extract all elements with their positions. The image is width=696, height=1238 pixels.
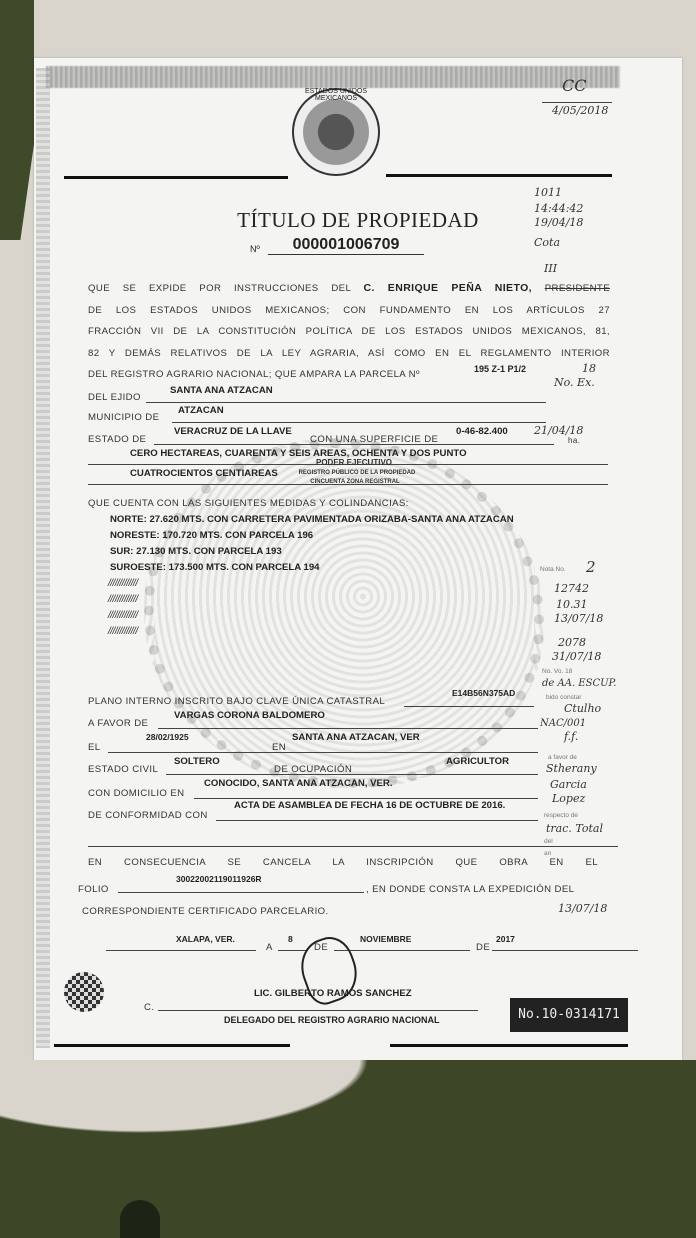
field-underline — [216, 820, 538, 821]
field-underline — [158, 728, 538, 729]
certificate-text: CORRESPONDIENTE CERTIFICADO PARCELARIO. — [82, 906, 329, 917]
mexican-coat-of-arms-icon: ESTADOS UNIDOS MEXICANOS — [292, 88, 380, 176]
field-underline — [278, 950, 308, 951]
issue-place: XALAPA, VER. — [176, 934, 235, 944]
field-underline — [88, 846, 618, 847]
cancelation-line: EN CONSECUENCIA SE CANCELA LA INSCRIPCIÓ… — [88, 852, 598, 874]
boundary-southwest: SUROESTE: 173.500 MTS. CON PARCELA 194 — [110, 562, 320, 573]
body-line-1: QUE SE EXPIDE POR INSTRUCCIONES DEL C. E… — [88, 278, 610, 300]
stamp-line-1: PODER EJECUTIVO — [294, 458, 414, 467]
occupation-label: DE OCUPACIÓN — [274, 764, 352, 775]
a-label: A — [266, 942, 273, 953]
filler-slashes: ///////////// — [108, 626, 138, 637]
folio-label: FOLIO — [78, 884, 109, 895]
birth-date: 28/02/1925 — [146, 732, 189, 742]
registry-annotation: No. Ex. — [554, 376, 595, 389]
superficie-unit: ha. — [568, 436, 580, 445]
document-title: TÍTULO DE PROPIEDAD — [34, 208, 682, 233]
nota-value: 2 — [586, 558, 596, 576]
conformity-label: DE CONFORMIDAD CON — [88, 810, 208, 821]
birthplace-label: EN — [272, 742, 286, 753]
registry-annotation: III — [544, 262, 557, 275]
property-title-document: ESTADOS UNIDOS MEXICANOS CC 4/05/2018 TÍ… — [34, 58, 682, 1060]
boundary-northeast: NORESTE: 170.720 MTS. CON PARCELA 196 — [110, 530, 313, 541]
nota-line: 31/07/18 — [552, 650, 601, 663]
domicile-value: CONOCIDO, SANTA ANA ATZACAN, VER. — [204, 778, 393, 789]
nota-line: 2078 — [558, 636, 586, 649]
registry-annotation: 19/04/18 — [534, 216, 583, 229]
ejido-label: DEL EJIDO — [88, 392, 141, 403]
field-underline — [492, 950, 638, 951]
signer-role: DELEGADO DEL REGISTRO AGRARIO NACIONAL — [224, 1015, 484, 1025]
decorative-border-top — [46, 66, 620, 88]
nota-line: 12742 — [554, 582, 589, 595]
number-label: Nº — [250, 244, 260, 254]
nota-line: trac. Total — [546, 822, 603, 835]
nota-line: bido constar — [546, 694, 581, 701]
birth-label: EL — [88, 742, 101, 753]
field-underline — [118, 892, 364, 893]
nota-line: del — [544, 838, 553, 845]
background-object — [120, 1200, 160, 1238]
titular-name: VARGAS CORONA BALDOMERO — [174, 710, 325, 721]
annotation-cc: CC — [562, 76, 586, 95]
field-underline — [108, 752, 538, 753]
field-underline — [172, 422, 546, 423]
field-underline — [146, 402, 546, 403]
nota-line: de AA. ESCUP. — [542, 678, 616, 689]
de-label: DE — [476, 942, 490, 953]
body-line-5: DEL REGISTRO AGRARIO NACIONAL; QUE AMPAR… — [88, 364, 610, 386]
issue-year: 2017 — [496, 934, 515, 944]
colindancias-label: QUE CUENTA CON LAS SIGUIENTES MEDIDAS Y … — [88, 498, 409, 509]
issue-day: 8 — [288, 934, 293, 944]
footer-rule-right — [390, 1044, 628, 1047]
parcela-number: 195 Z-1 P1/2 — [474, 364, 526, 374]
qr-code-icon — [64, 972, 104, 1012]
header-rule-left — [64, 176, 288, 179]
annotation-date: 13/07/18 — [558, 902, 607, 915]
field-underline — [404, 706, 534, 707]
nota-line: Lopez — [552, 792, 585, 805]
nota-line: Stherany — [546, 762, 597, 775]
plano-label: PLANO INTERNO INSCRITO BAJO CLAVE ÚNICA … — [88, 696, 385, 707]
municipio-label: MUNICIPIO DE — [88, 412, 159, 423]
issue-month: NOVIEMBRE — [360, 934, 411, 944]
registry-annotation: 18 — [582, 362, 596, 375]
nota-line: respecto de — [544, 812, 578, 819]
municipio-value: ATZACAN — [178, 405, 224, 416]
nota-line: NAC/001 — [540, 718, 586, 729]
background-shadow — [0, 1060, 696, 1238]
boundary-north: NORTE: 27.620 MTS. CON CARRETERA PAVIMEN… — [110, 514, 514, 525]
expedition-text: , EN DONDE CONSTA LA EXPEDICIÓN DEL — [366, 884, 574, 895]
field-underline — [106, 950, 256, 951]
annotation-rule — [542, 102, 612, 103]
body-line-2: DE LOS ESTADOS UNIDOS MEXICANOS; CON FUN… — [88, 300, 610, 322]
body-line-3: FRACCIÓN VII DE LA CONSTITUCIÓN POLÍTICA… — [88, 321, 610, 343]
footer-rule-left — [54, 1044, 290, 1047]
registry-annotation: 1011 — [534, 186, 562, 199]
background-shadow — [0, 0, 34, 240]
header-rule-right — [386, 174, 612, 177]
superficie-text-2: CUATROCIENTOS CENTIAREAS — [130, 468, 278, 479]
stamp-line-3: CINCUENTA ZONA REGISTRAL — [290, 479, 420, 485]
title-number: 000001006709 — [268, 236, 424, 255]
registry-annotation: 21/04/18 — [534, 424, 583, 437]
superficie-value: 0-46-82.400 — [456, 426, 508, 437]
filler-slashes: ///////////// — [108, 610, 138, 621]
stamp-line-2: REGISTRO PÚBLICO DE LA PROPIEDAD — [282, 470, 432, 476]
nota-line: No. Vo. 18 — [542, 668, 572, 675]
nota-line: Ctulho — [564, 702, 601, 715]
conformity-value: ACTA DE ASAMBLEA DE FECHA 16 DE OCTUBRE … — [234, 800, 505, 811]
field-underline — [194, 798, 538, 799]
clave-catastral: E14B56N375AD — [452, 688, 515, 698]
ejido-value: SANTA ANA ATZACAN — [170, 385, 273, 396]
registry-annotation: 14:44:42 — [534, 202, 583, 215]
body-paragraph: QUE SE EXPIDE POR INSTRUCCIONES DEL C. E… — [88, 278, 610, 386]
superficie-label: CON UNA SUPERFICIE DE — [310, 434, 438, 445]
nota-label: Nota No. — [540, 566, 566, 573]
nota-line: a favor de — [548, 754, 577, 761]
estado-value: VERACRUZ DE LA LLAVE — [174, 426, 292, 437]
filler-slashes: ///////////// — [108, 594, 138, 605]
favor-label: A FAVOR DE — [88, 718, 148, 729]
estado-label: ESTADO DE — [88, 434, 146, 445]
field-underline — [334, 950, 470, 951]
c-label: C. — [144, 1002, 154, 1013]
registry-annotation: Cota — [534, 236, 560, 249]
domicile-label: CON DOMICILIO EN — [88, 788, 184, 799]
nota-line: 13/07/18 — [554, 612, 603, 625]
body-line-4: 82 Y DEMÁS RELATIVOS DE LA LEY AGRARIA, … — [88, 343, 610, 365]
occupation-value: AGRICULTOR — [446, 756, 509, 767]
nota-line: 10.31 — [556, 598, 588, 611]
nota-line: f.f. — [564, 730, 578, 743]
control-number: No.10-0314171 — [510, 998, 628, 1032]
filler-slashes: ///////////// — [108, 578, 138, 589]
field-underline — [158, 1010, 478, 1011]
annotation-date: 4/05/2018 — [552, 104, 608, 117]
civil-status-value: SOLTERO — [174, 756, 220, 767]
emblem-text: ESTADOS UNIDOS MEXICANOS — [294, 88, 378, 102]
birthplace-value: SANTA ANA ATZACAN, VER — [292, 732, 420, 743]
civil-status-label: ESTADO CIVIL — [88, 764, 158, 775]
boundary-south: SUR: 27.130 MTS. CON PARCELA 193 — [110, 546, 282, 557]
nota-line: Garcia — [550, 778, 587, 791]
signer-name: LIC. GILBERTO RAMOS SANCHEZ — [254, 988, 554, 999]
folio-value: 30022002119011926R — [176, 874, 262, 884]
